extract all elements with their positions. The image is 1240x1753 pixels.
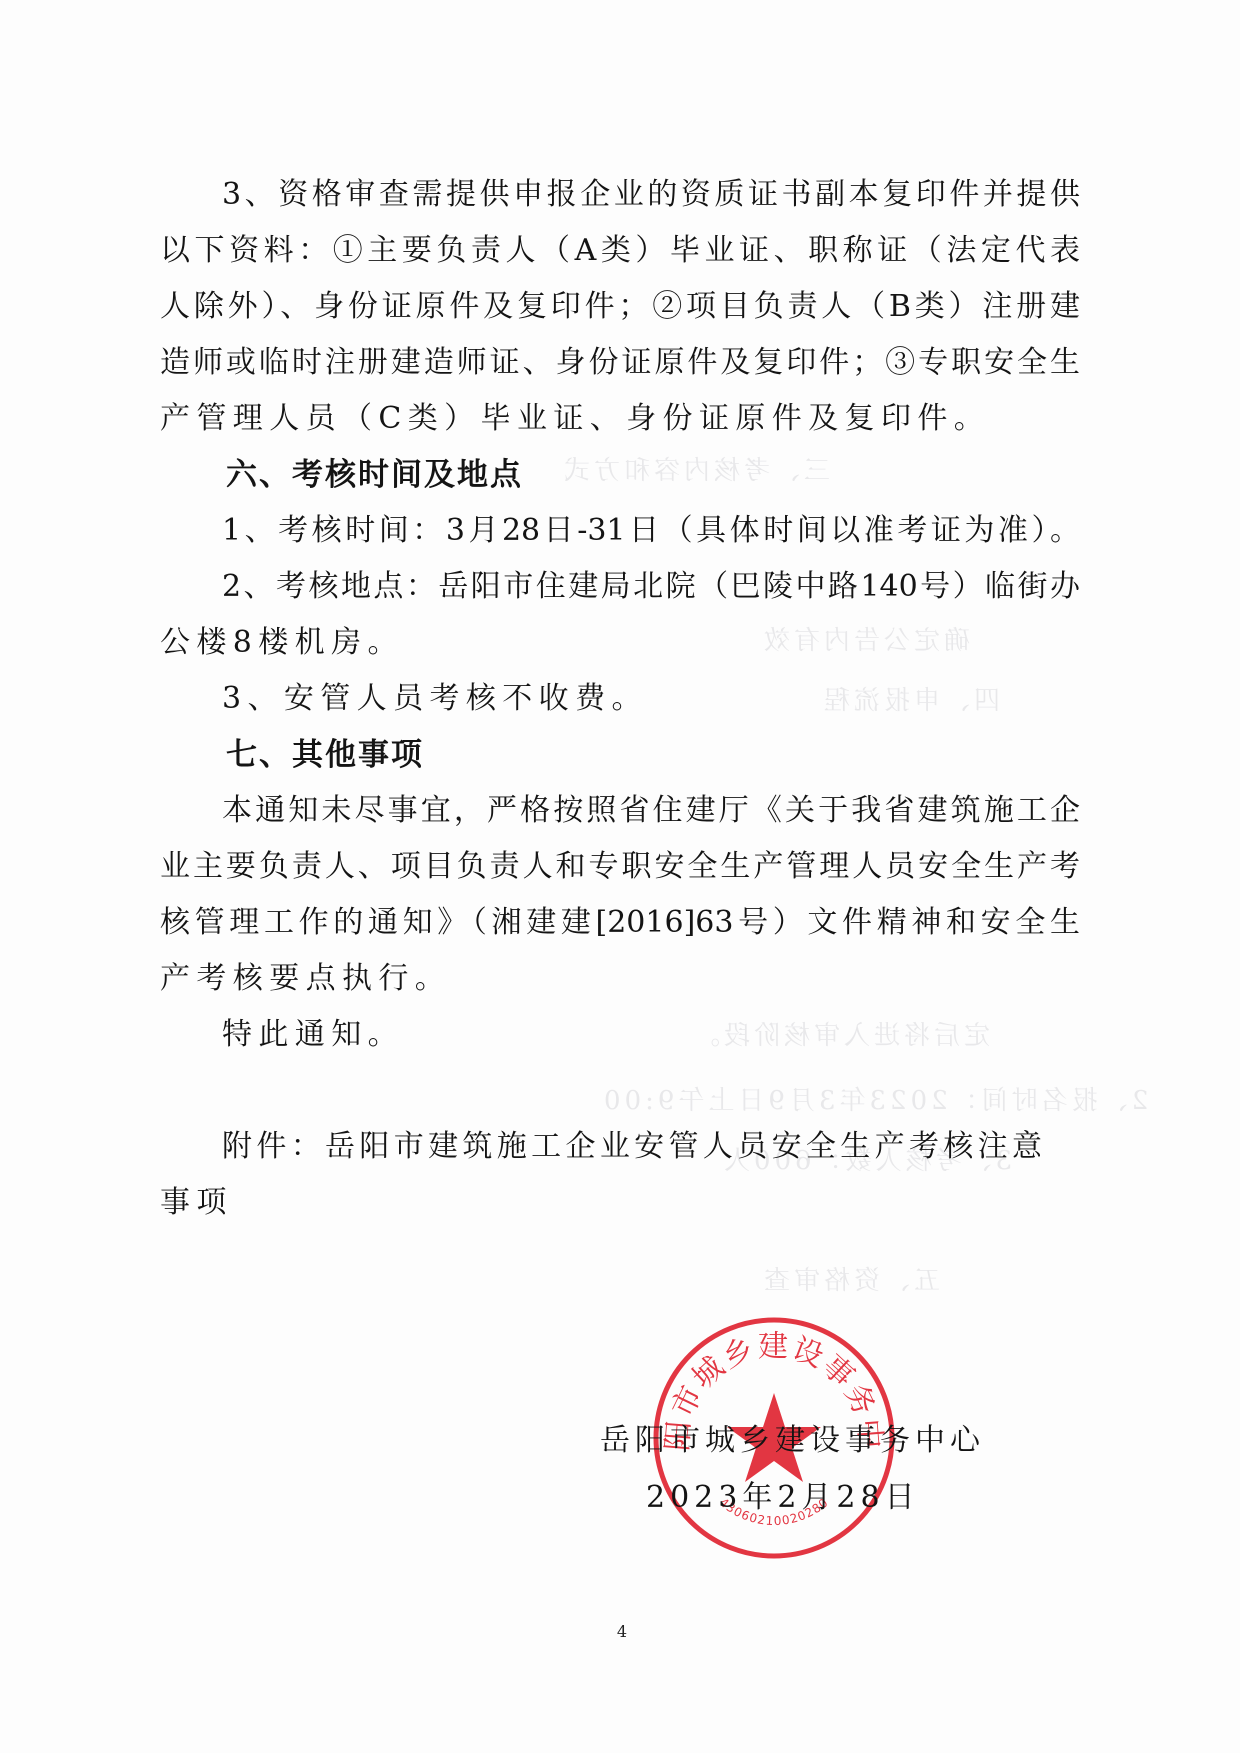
paragraph-line: 产考核要点执行。 [160,950,1080,1008]
issuing-organization: 岳阳市城乡建设事务中心 [600,1415,985,1459]
list-item: 公楼8楼机房。 [160,614,1080,672]
paragraph-line: 核管理工作的通知》（湘建建[2016]63号）文件精神和安全生 [160,894,1080,952]
list-item: 2、考核地点：岳阳市住建局北院（巴陵中路140号）临街办 [222,558,1080,616]
section-heading: 七、其他事项 [226,726,1146,784]
paragraph-line: 业主要负责人、项目负责人和专职安全生产管理人员安全生产考 [160,838,1080,896]
list-item: 3、安管人员考核不收费。 [222,670,1142,728]
paragraph-line: 产管理人员（C类）毕业证、身份证原件及复印件。 [160,390,1080,448]
page-number: 4 [612,1622,632,1641]
list-item: 1、考核时间：3月28日-31日（具体时间以准考证为准）。 [222,502,1080,560]
paragraph-line: 本通知未尽事宜，严格按照省住建厅《关于我省建筑施工企 [222,782,1080,840]
issue-date: 2023年2月28日 [646,1472,920,1516]
bleed-through-text: 2、报名时间：2023年3月9日上午9:00 [600,1080,1148,1117]
attachment-line: 附件：岳阳市建筑施工企业安管人员安全生产考核注意 [222,1118,1042,1176]
section-heading: 六、考核时间及地点 [226,446,1146,504]
paragraph-line: 人除外）、身份证原件及复印件；②项目负责人（B类）注册建 [160,278,1080,336]
paragraph-line: 造师或临时注册建造师证、身份证原件及复印件；③专职安全生 [160,334,1080,392]
bleed-through-text: 五、资格审查 [760,1260,940,1297]
attachment-line: 事项 [160,1174,1080,1232]
paragraph-line: 3、资格审查需提供申报企业的资质证书副本复印件并提供 [222,166,1080,224]
document-page: 三、考核内容和方式 确定公告内有效 四、申报流程 定后将进入审核阶段。 2、报名… [0,0,1240,1753]
paragraph-line: 以下资料：①主要负责人（A类）毕业证、职称证（法定代表 [160,222,1080,280]
closing-text: 特此通知。 [222,1006,1142,1064]
